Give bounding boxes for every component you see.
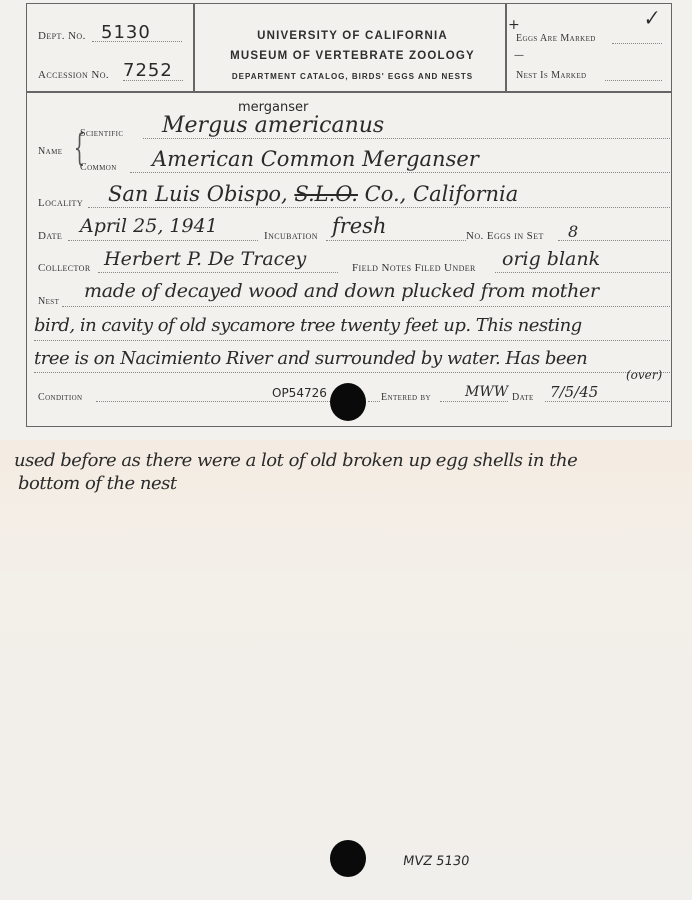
continued-line-1: used before as there were a lot of old b… bbox=[14, 450, 577, 471]
divider bbox=[193, 3, 195, 92]
field-notes-value: orig blank bbox=[502, 248, 600, 270]
locality-part2: Co., California bbox=[365, 182, 519, 206]
eggs-marked-plus: + bbox=[508, 17, 520, 33]
locality-line bbox=[88, 207, 670, 208]
catalog-stamp: MVZ 5130 bbox=[402, 854, 470, 869]
eggs-marked-label: Eggs Are Marked bbox=[516, 33, 596, 44]
accession-no-label: Accession No. bbox=[38, 69, 109, 81]
check-mark-icon: ✓ bbox=[640, 5, 661, 32]
entered-by-label: Entered by bbox=[381, 392, 431, 403]
dept-no-label: Dept. No. bbox=[38, 30, 86, 42]
header-department: Department Catalog, Birds' Eggs and Nest… bbox=[200, 72, 505, 81]
nest-text-line-3: tree is on Nacimiento River and surround… bbox=[34, 348, 587, 369]
continued-line-2: bottom of the nest bbox=[18, 473, 177, 494]
card-front: Dept. No. 5130 Accession No. 7252 UNIVER… bbox=[0, 0, 692, 440]
scientific-line bbox=[143, 138, 670, 139]
card-back: used before as there were a lot of old b… bbox=[0, 440, 692, 900]
entry-date-line bbox=[545, 401, 670, 402]
date-label: Date bbox=[38, 230, 62, 242]
over-note: (over) bbox=[626, 368, 662, 382]
name-label: Name bbox=[38, 146, 62, 157]
common-name-value: American Common Merganser bbox=[152, 147, 479, 171]
entry-date-value: 7/5/45 bbox=[550, 383, 598, 401]
locality-value: San Luis Obispo, S.L.O. Co., California bbox=[108, 182, 518, 206]
incubation-label: Incubation bbox=[264, 230, 318, 242]
date-value: April 25, 1941 bbox=[80, 215, 218, 237]
locality-label: Locality bbox=[38, 197, 83, 209]
locality-part1: San Luis Obispo, bbox=[108, 182, 288, 206]
nest-label: Nest bbox=[38, 296, 59, 307]
collector-value: Herbert P. De Tracey bbox=[104, 248, 306, 270]
eggs-marked-line bbox=[612, 43, 662, 44]
accession-no-value: 7252 bbox=[123, 60, 173, 81]
divider bbox=[505, 3, 507, 92]
dept-no-value: 5130 bbox=[101, 22, 151, 43]
header-university: UNIVERSITY OF CALIFORNIA bbox=[200, 30, 505, 42]
nest-marked-label: Nest Is Marked bbox=[516, 70, 587, 81]
eggs-in-set-label: No. Eggs in Set bbox=[466, 230, 544, 242]
date-line bbox=[68, 240, 258, 241]
nest-text-line-1: made of decayed wood and down plucked fr… bbox=[84, 280, 599, 302]
entry-date-label: Date bbox=[512, 392, 534, 403]
locality-struck: S.L.O. bbox=[294, 182, 358, 206]
nest-marked-line bbox=[605, 80, 662, 81]
nest-marked-dash: — bbox=[514, 50, 524, 61]
scientific-name-value: Mergus americanus bbox=[162, 113, 384, 138]
common-label: Common bbox=[80, 162, 117, 173]
field-notes-label: Field Notes Filed Under bbox=[352, 262, 476, 274]
scientific-label: Scientific bbox=[80, 128, 123, 139]
collector-line bbox=[98, 272, 338, 273]
eggs-in-set-value: 8 bbox=[568, 222, 578, 241]
condition-value: OP54726 bbox=[272, 386, 327, 400]
collector-label: Collector bbox=[38, 262, 91, 274]
header-museum: MUSEUM OF VERTEBRATE ZOOLOGY bbox=[200, 50, 505, 62]
punch-hole-top bbox=[330, 383, 366, 421]
condition-label: Condition bbox=[38, 392, 82, 403]
nest-line-2 bbox=[34, 340, 670, 341]
entered-line-pre bbox=[368, 401, 380, 402]
nest-line-1 bbox=[62, 306, 670, 307]
incubation-value: fresh bbox=[332, 214, 387, 238]
entered-by-line bbox=[440, 401, 508, 402]
punch-hole-bottom bbox=[330, 840, 366, 877]
condition-line bbox=[96, 401, 330, 402]
nest-line-3 bbox=[34, 372, 670, 373]
entered-by-value: MWW bbox=[465, 384, 508, 400]
field-notes-line bbox=[495, 272, 670, 273]
nest-text-line-2: bird, in cavity of old sycamore tree twe… bbox=[34, 315, 582, 336]
common-line bbox=[130, 172, 670, 173]
incubation-line bbox=[326, 240, 466, 241]
divider bbox=[26, 91, 672, 93]
